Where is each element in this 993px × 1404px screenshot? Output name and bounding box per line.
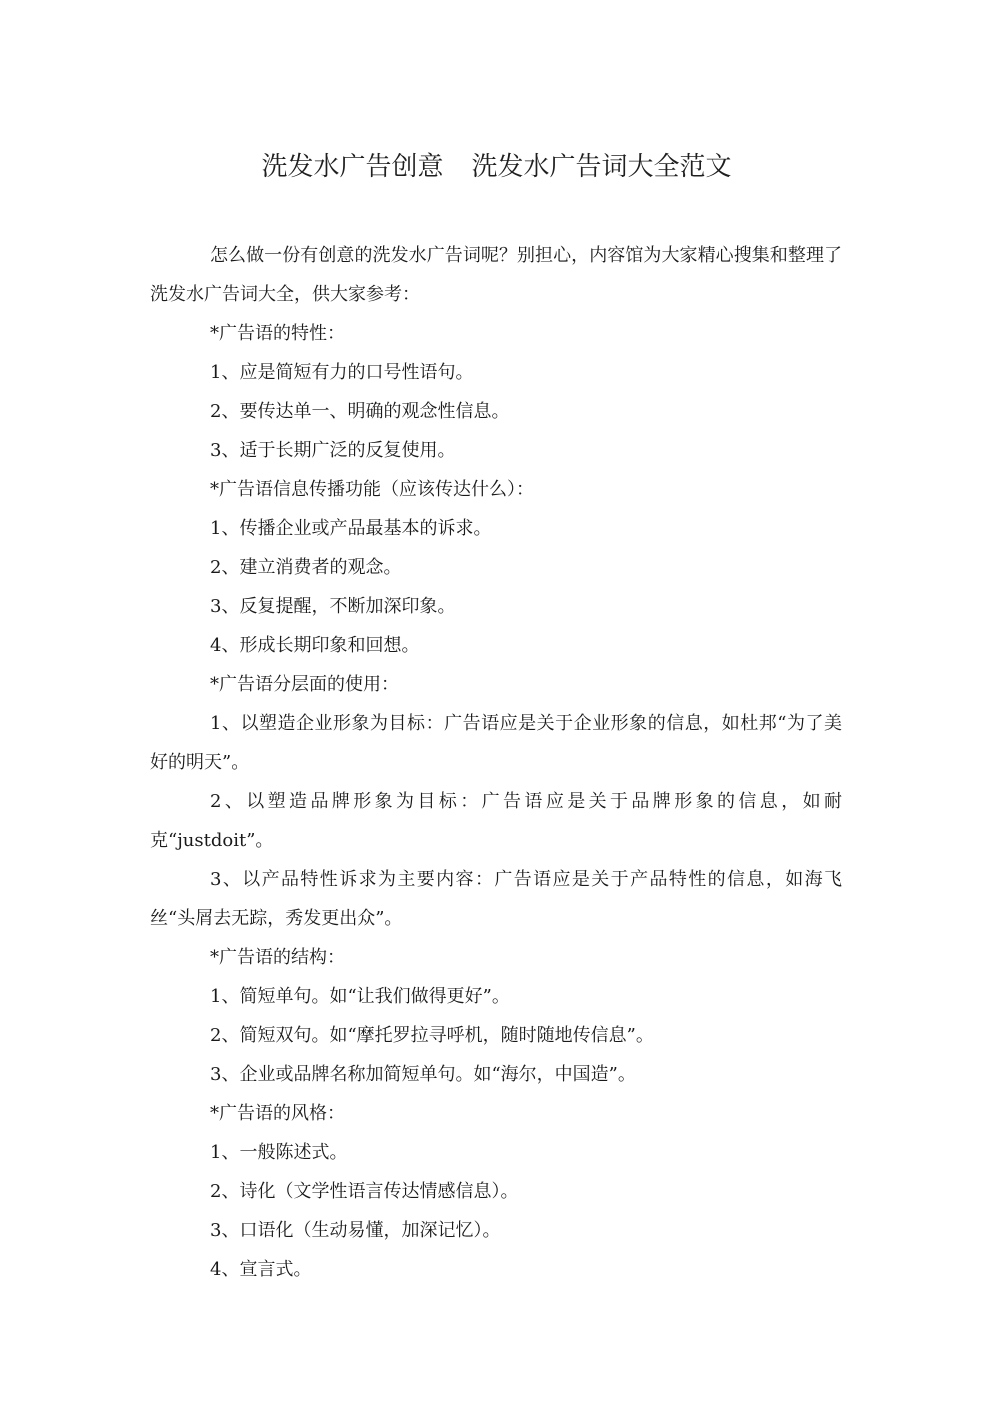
list-item: 3、以产品特性诉求为主要内容：广告语应是关于产品特性的信息，如海飞丝“头屑去无踪… — [150, 860, 842, 938]
list-item: 1、一般陈述式。 — [150, 1133, 842, 1172]
list-item: 1、简短单句。如“让我们做得更好”。 — [150, 977, 842, 1016]
section-heading-levels: *广告语分层面的使用： — [150, 665, 842, 704]
section-heading-functions: *广告语信息传播功能（应该传达什么）： — [150, 470, 842, 509]
document-title: 洗发水广告创意洗发水广告词大全范文 — [0, 146, 993, 183]
title-part-1: 洗发水广告创意 — [261, 152, 443, 182]
list-item: 2、简短双句。如“摩托罗拉寻呼机，随时随地传信息”。 — [150, 1016, 842, 1055]
section-heading-features: *广告语的特性： — [150, 314, 842, 353]
list-item: 2、要传达单一、明确的观念性信息。 — [150, 392, 842, 431]
list-item: 2、建立消费者的观念。 — [150, 548, 842, 587]
list-item: 3、口语化（生动易懂，加深记忆）。 — [150, 1211, 842, 1250]
list-item: 4、宣言式。 — [150, 1250, 842, 1289]
list-item: 1、传播企业或产品最基本的诉求。 — [150, 509, 842, 548]
title-part-2: 洗发水广告词大全范文 — [472, 152, 732, 182]
section-heading-structure: *广告语的结构： — [150, 938, 842, 977]
list-item: 3、企业或品牌名称加简短单句。如“海尔，中国造”。 — [150, 1055, 842, 1094]
intro-paragraph: 怎么做一份有创意的洗发水广告词呢？别担心，内容馆为大家精心搜集和整理了洗发水广告… — [150, 236, 842, 314]
list-item: 1、以塑造企业形象为目标：广告语应是关于企业形象的信息，如杜邦“为了美好的明天”… — [150, 704, 842, 782]
list-item: 4、形成长期印象和回想。 — [150, 626, 842, 665]
list-item: 1、应是简短有力的口号性语句。 — [150, 353, 842, 392]
list-item: 3、适于长期广泛的反复使用。 — [150, 431, 842, 470]
list-item: 2、诗化（文学性语言传达情感信息）。 — [150, 1172, 842, 1211]
section-heading-style: *广告语的风格： — [150, 1094, 842, 1133]
list-item: 3、反复提醒，不断加深印象。 — [150, 587, 842, 626]
document-body: 怎么做一份有创意的洗发水广告词呢？别担心，内容馆为大家精心搜集和整理了洗发水广告… — [150, 236, 842, 1289]
list-item: 2、以塑造品牌形象为目标：广告语应是关于品牌形象的信息，如耐克“justdoit… — [150, 782, 842, 860]
